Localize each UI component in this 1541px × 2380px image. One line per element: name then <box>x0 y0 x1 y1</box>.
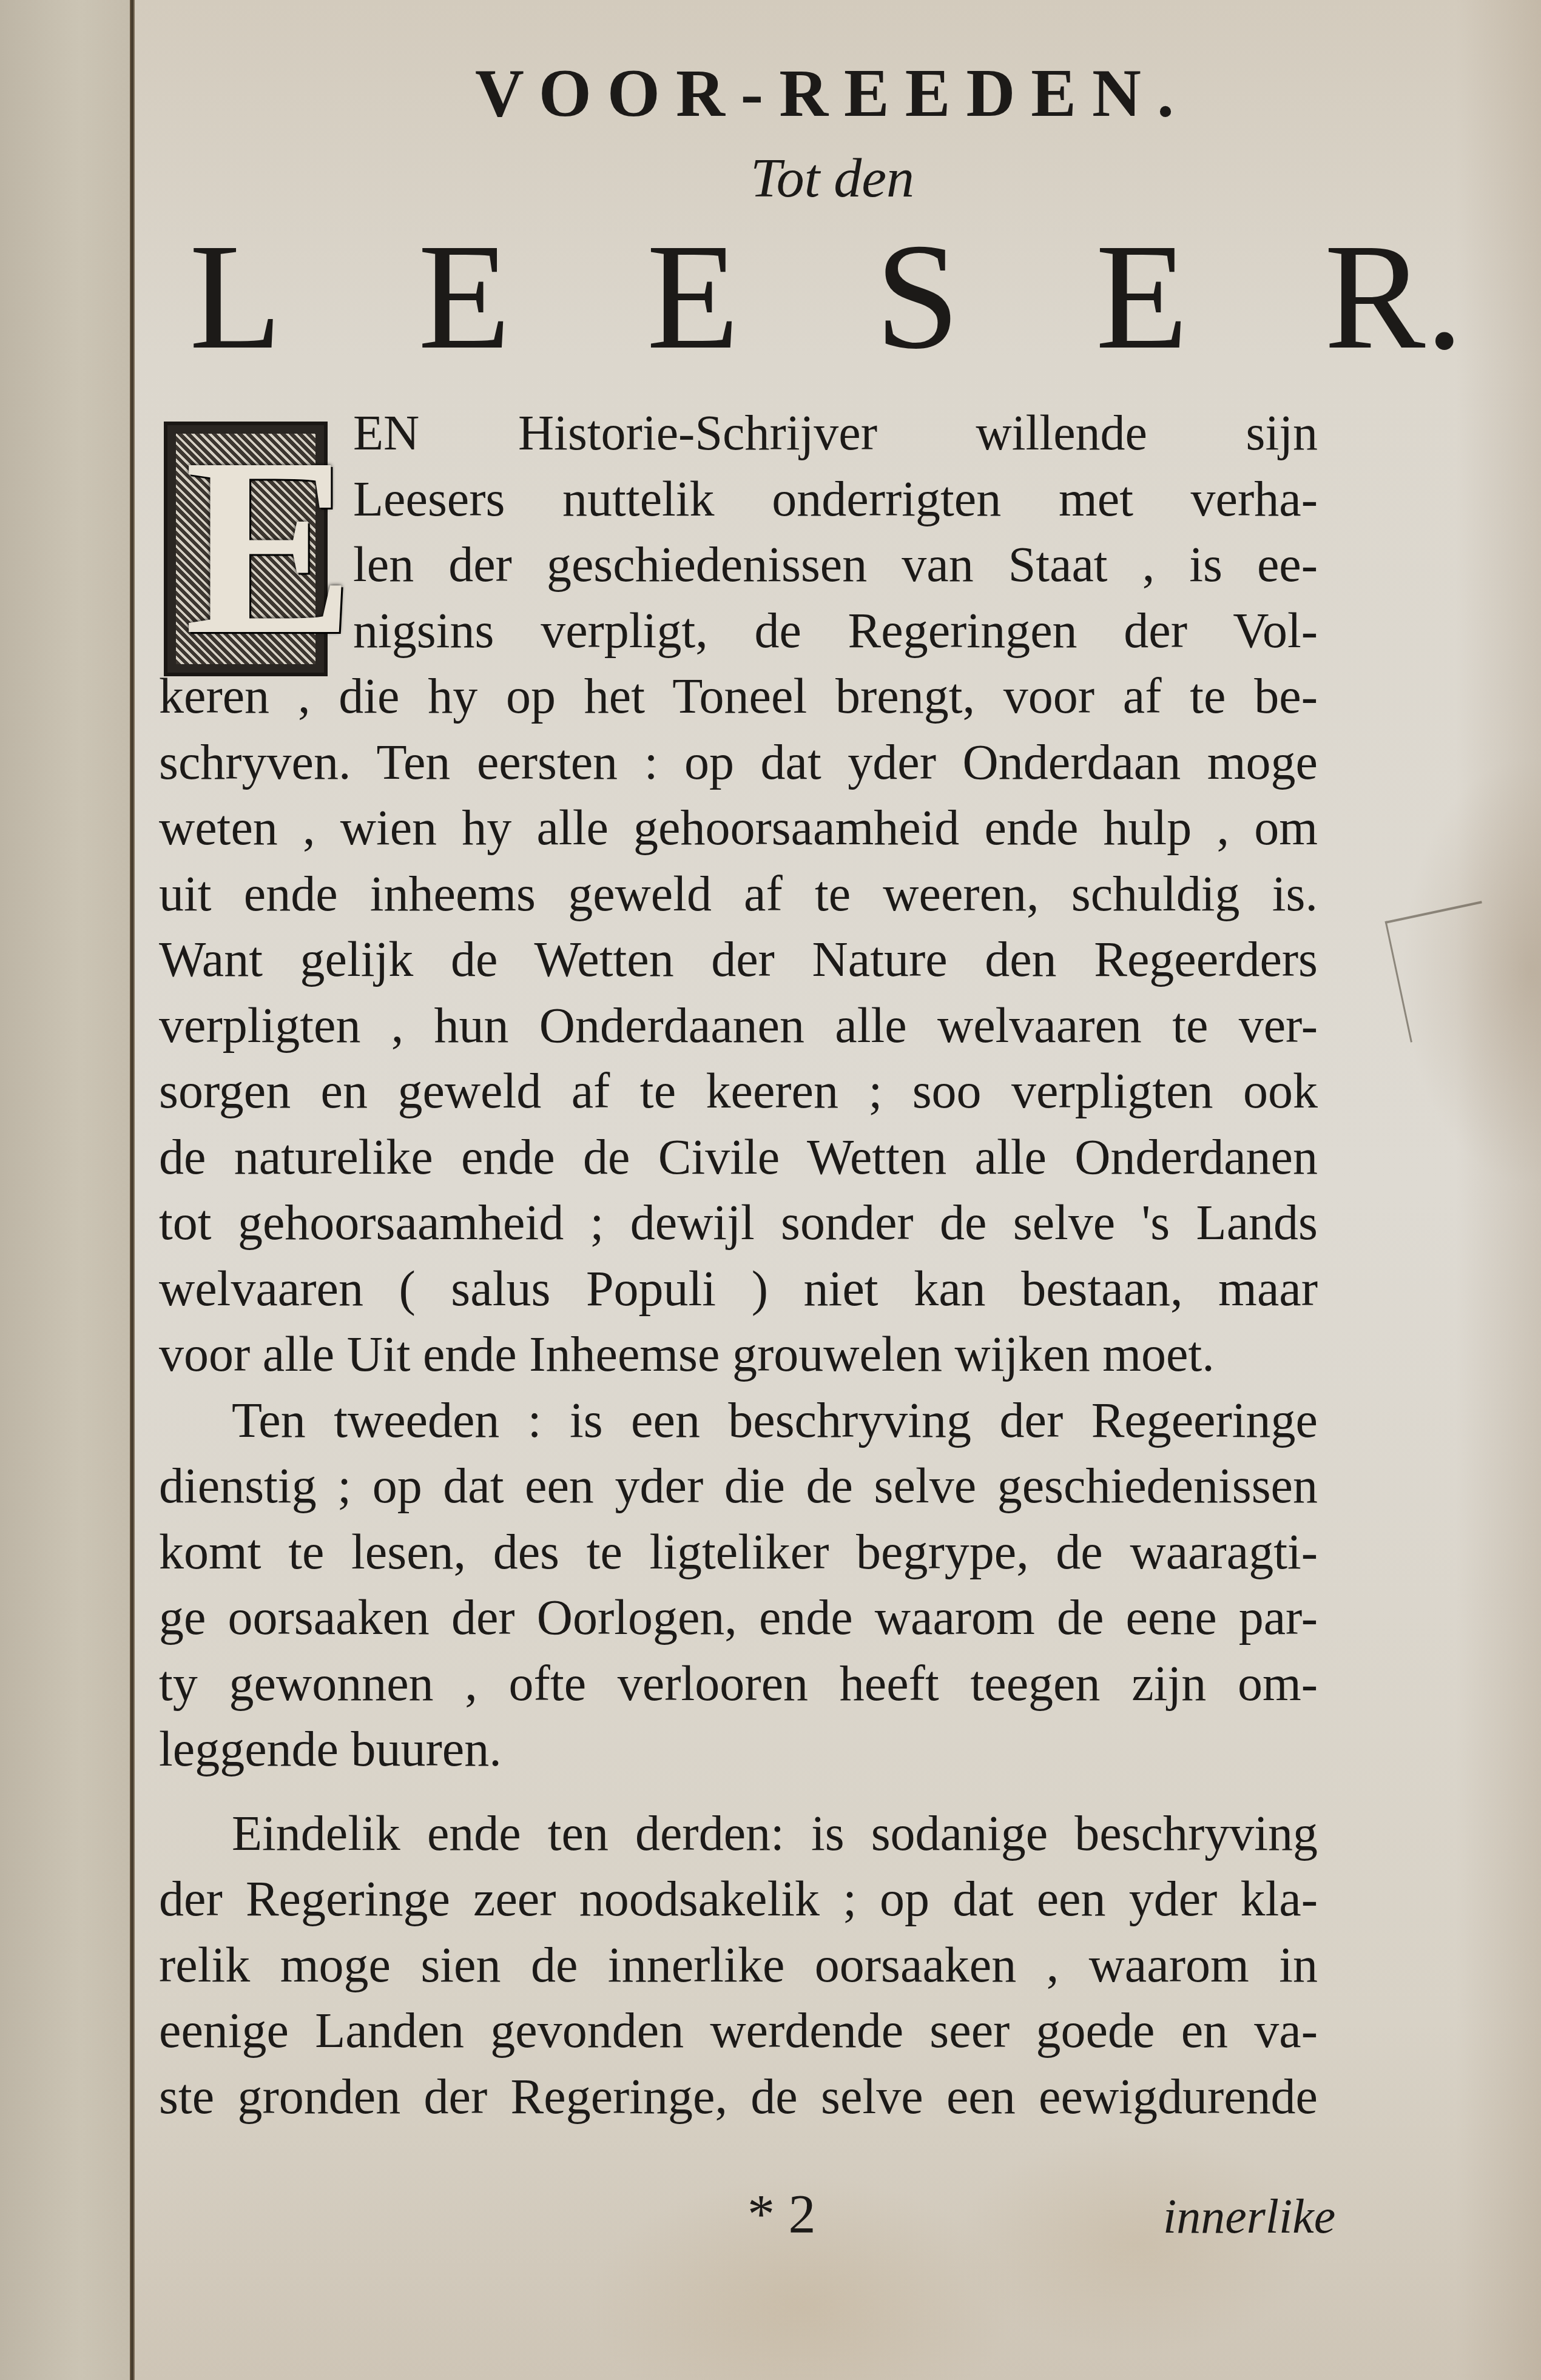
text-line: de naturelike ende de Civile Wetten alle… <box>159 1124 1318 1191</box>
text-line: welvaaren ( salus Populi ) niet kan best… <box>159 1256 1318 1322</box>
text-line: len der geschiedenissen van Staat , is e… <box>159 532 1318 598</box>
facing-page-edge <box>0 0 133 2380</box>
text-line: relik moge sien de innerlike oorsaaken ,… <box>159 1932 1318 1998</box>
page-title: VOOR-REEDEN. <box>317 55 1348 133</box>
paragraph-2: Ten tweeden : is een beschryving der Reg… <box>159 1388 1318 1783</box>
text-line: leggende buuren. <box>159 1716 1318 1783</box>
text-line: voor alle Uit ende Inheemse grouwelen wi… <box>159 1322 1318 1388</box>
text-line: sorgen en geweld af te keeren ; soo verp… <box>159 1058 1318 1124</box>
text-line: uit ende inheems geweld af te weeren, sc… <box>159 861 1318 927</box>
paragraph-3: Eindelik ende ten derden: is sodanige be… <box>159 1801 1318 2130</box>
text-line: Leesers nuttelik onderrigten met verha- <box>159 466 1318 533</box>
page-footer: * 2 innerlike <box>135 2183 1541 2268</box>
heading-letter: E <box>647 221 740 373</box>
text-line: komt te lesen, des te ligteliker begrype… <box>159 1519 1318 1585</box>
paragraph-1: EN Historie-Schrijver willende sijn Lees… <box>159 400 1318 1388</box>
text-line: ste gronden der Regeringe, de selve een … <box>159 2064 1318 2130</box>
signature-mark: * 2 <box>747 2183 816 2246</box>
text-line: ty gewonnen , ofte verlooren heeft teege… <box>159 1651 1318 1717</box>
page-subtitle: Tot den <box>317 146 1348 210</box>
text-line: eenige Landen gevonden werdende seer goe… <box>159 1998 1318 2064</box>
book-gutter <box>130 0 135 2380</box>
text-line: Ten tweeden : is een beschryving der Reg… <box>159 1388 1318 1454</box>
text-line: verpligten , hun Onderdaanen alle welvaa… <box>159 993 1318 1059</box>
text-line: Want gelijk de Wetten der Nature den Reg… <box>159 927 1318 993</box>
text-line: der Regeringe zeer noodsakelik ; op dat … <box>159 1866 1318 1932</box>
text-line: tot gehoorsaamheid ; dewijl sonder de se… <box>159 1190 1318 1256</box>
heading-letter: E <box>418 221 511 373</box>
heading-letter: E <box>1096 221 1189 373</box>
heading-letter: L <box>189 221 282 373</box>
body-text: EN Historie-Schrijver willende sijn Lees… <box>159 400 1318 2130</box>
text-line: ge oorsaaken der Oorlogen, ende waarom d… <box>159 1585 1318 1651</box>
text-line: EN Historie-Schrijver willende sijn <box>159 400 1318 466</box>
catchword: innerlike <box>1163 2190 1335 2245</box>
text-line: nigsins verpligt, de Regeringen der Vol- <box>159 598 1318 664</box>
heading-letter: S <box>875 221 960 373</box>
text-line: keren , die hy op het Toneel brengt, voo… <box>159 664 1318 730</box>
page-heading-leeser: L E E S E R. <box>189 221 1463 373</box>
book-page: VOOR-REEDEN. Tot den L E E S E R. E EN H… <box>135 0 1541 2380</box>
text-line: dienstig ; op dat een yder die de selve … <box>159 1453 1318 1519</box>
text-line: schryven. Ten eersten : op dat yder Onde… <box>159 730 1318 796</box>
text-line: Eindelik ende ten derden: is sodanige be… <box>159 1801 1318 1867</box>
heading-letter: R. <box>1324 221 1463 373</box>
text-line: weten , wien hy alle gehoorsaamheid ende… <box>159 795 1318 861</box>
margin-stain <box>1385 901 1508 1042</box>
